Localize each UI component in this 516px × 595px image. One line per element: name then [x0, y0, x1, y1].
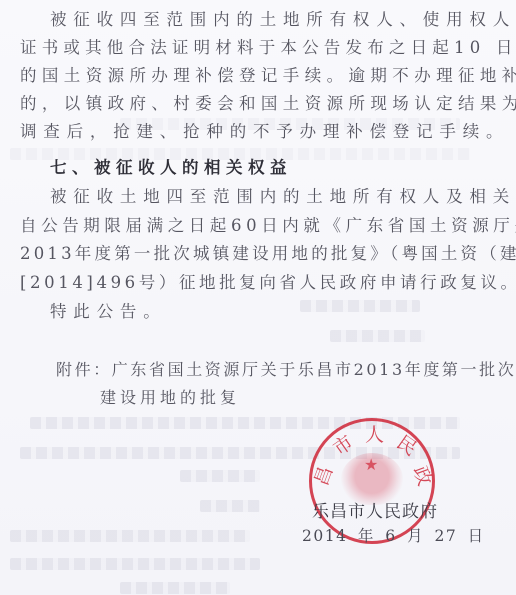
- bleed-through-text: [180, 470, 260, 482]
- bleed-through-text: [300, 300, 420, 312]
- issue-date: 2014 年 6 月 27 日: [302, 524, 485, 546]
- paragraph-line: 2013年度第一批次城镇建设用地的批复》（粤国土资（建）字: [20, 244, 516, 264]
- issuer-name: 乐昌市人民政府: [312, 497, 438, 522]
- bleed-through-text: [120, 582, 230, 594]
- paragraph-line: 被征收土地四至范围内的土地所有权人及相关权利人可以: [50, 187, 516, 207]
- paragraph-line: [2014]496号）征地批复向省人民政府申请行政复议。: [20, 273, 516, 293]
- seal-text-char: 人: [365, 420, 384, 447]
- paragraph-line: 的国土资源所办理补偿登记手续。逾期不办理征地补偿登记手续: [20, 66, 516, 86]
- paragraph-line: 的，以镇政府、村委会和国土资源所现场认定结果为准。凡现场: [20, 94, 516, 114]
- bleed-through-text: [10, 558, 260, 570]
- closing-text: 特此公告。: [50, 302, 167, 322]
- bleed-through-text: [200, 500, 260, 512]
- bleed-through-text: [330, 330, 425, 342]
- section-heading: 七、被征收人的相关权益: [50, 158, 292, 178]
- paragraph-line: 调查后，抢建、抢种的不予办理补偿登记手续。: [20, 122, 509, 142]
- attachment-line: 建设用地的批复: [100, 388, 240, 408]
- bleed-through-text: [10, 530, 250, 542]
- document-page: 被征收四至范围内的土地所有权人、使用权人、持土地权属 证书或其他合法证明材料于本…: [0, 0, 516, 595]
- attachment-line: 附件：广东省国土资源厅关于乐昌市2013年度第一批次城镇: [56, 360, 516, 380]
- paragraph-line: 证书或其他合法证明材料于本公告发布之日起10 日内到所在地: [20, 38, 516, 58]
- paragraph-line: 自公告期限届满之日起60日内就《广东省国土资源厅关于乐昌市: [20, 216, 516, 236]
- paragraph-line: 被征收四至范围内的土地所有权人、使用权人、持土地权属: [50, 10, 516, 30]
